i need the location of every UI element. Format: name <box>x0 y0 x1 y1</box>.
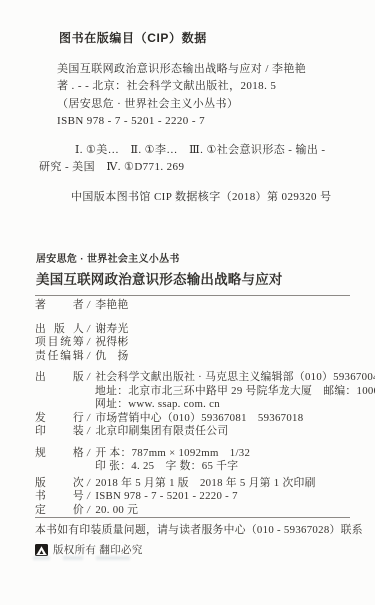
credit-sub-website: 网址：www. ssap. com. cn <box>95 398 357 412</box>
cip-description-line: 美国互联网政治意识形态输出战略与应对 / 李艳艳 <box>57 61 357 79</box>
credit-row-printing: 印装/北京印刷集团有限责任公司 <box>35 425 357 439</box>
credit-row-isbn: 书号/ISBN 978 - 7 - 5201 - 2220 - 7 <box>35 490 357 504</box>
anti-piracy-mountain-logo-icon <box>35 544 48 556</box>
footer: 本书如有印装质量问题，请与读者服务中心（010 - 59367028）联系 版权… <box>35 517 350 557</box>
credit-row-edition: 版次/2018 年 5 月第 1 版 2018 年 5 月第 1 次印刷 <box>35 477 357 491</box>
credit-value: 开 本：787mm × 1092mm 1/32 <box>95 447 250 459</box>
book-title: 美国互联网政治意识形态输出战略与应对 <box>36 270 350 289</box>
credit-label: 项目统筹 <box>35 336 84 350</box>
credit-row-responsible-editor: 责任编辑/仇 扬 <box>35 350 357 364</box>
scan-artifact <box>33 556 50 560</box>
credit-value: 祝得彬 <box>95 336 128 348</box>
series-title: 居安思危 · 世界社会主义小丛书 <box>36 253 350 267</box>
cip-classification: Ⅰ. ①美… Ⅱ. ①李… Ⅲ. ①社会意识形态 - 输出 - 研究 - 美国 … <box>39 142 357 177</box>
separator-slash: / <box>86 425 91 439</box>
divider-line <box>35 295 350 296</box>
copyright-line: 版权所有 翻印必究 <box>35 542 350 557</box>
credit-value: ISBN 978 - 7 - 5201 - 2220 - 7 <box>95 490 237 502</box>
separator-slash: / <box>86 477 91 491</box>
separator-slash: / <box>86 323 91 337</box>
credit-value: 市场营销中心（010）59367081 59367018 <box>95 412 303 424</box>
separator-slash: / <box>86 412 91 426</box>
cip-description-line: 著 . - - 北京：社会科学文献出版社，2018. 5 <box>57 78 357 96</box>
credit-value: 李艳艳 <box>95 299 128 311</box>
separator-slash: / <box>86 447 91 461</box>
credit-value: 仇 扬 <box>95 350 128 362</box>
credit-value: 谢寿光 <box>95 323 128 335</box>
credit-row-format: 规格/开 本：787mm × 1092mm 1/32 <box>35 447 357 461</box>
credit-row-publisher: 出版/社会科学文献出版社 · 马克思主义编辑部（010）59367004 <box>35 371 357 385</box>
credit-value: 2018 年 5 月第 1 版 2018 年 5 月第 1 次印刷 <box>95 477 315 489</box>
credit-row-author: 著者/李艳艳 <box>35 299 357 313</box>
cip-description-line: ISBN 978 - 7 - 5201 - 2220 - 7 <box>57 113 357 131</box>
credit-label: 发行 <box>35 412 84 426</box>
credit-row-distribution: 发行/市场营销中心（010）59367081 59367018 <box>35 412 357 426</box>
credit-sub-sheets: 印 张：4. 25 字 数：65 千字 <box>95 460 357 474</box>
cip-block: 图书在版编目（CIP）数据 美国互联网政治意识形态输出战略与应对 / 李艳艳 著… <box>57 30 357 206</box>
credit-row-publisher-person: 出版人/谢寿光 <box>35 323 357 337</box>
separator-slash: / <box>86 504 91 518</box>
credit-value: 社会科学文献出版社 · 马克思主义编辑部（010）59367004 <box>95 371 375 383</box>
cip-classification-line: Ⅰ. ①美… Ⅱ. ①李… Ⅲ. ①社会意识形态 - 输出 - <box>39 142 357 160</box>
quality-notice: 本书如有印装质量问题，请与读者服务中心（010 - 59367028）联系 <box>35 523 350 537</box>
credit-label: 书号 <box>35 490 84 504</box>
separator-slash: / <box>86 490 91 504</box>
copyright-text: 版权所有 翻印必究 <box>53 542 143 557</box>
credit-label: 责任编辑 <box>35 350 84 364</box>
separator-slash: / <box>86 299 91 313</box>
credit-value: 北京印刷集团有限责任公司 <box>95 425 228 437</box>
credit-value: 20. 00 元 <box>95 504 138 516</box>
separator-slash: / <box>86 371 91 385</box>
scan-artifact <box>96 556 130 560</box>
cip-heading: 图书在版编目（CIP）数据 <box>59 30 357 48</box>
separator-slash: / <box>86 350 91 364</box>
cip-record-number: 中国版本图书馆 CIP 数据核字（2018）第 029320 号 <box>71 189 357 207</box>
credit-label: 规格 <box>35 447 84 461</box>
credit-sub-address: 地址：北京市北三环中路甲 29 号院华龙大厦 邮编：100029 <box>95 385 357 399</box>
cip-description: 美国互联网政治意识形态输出战略与应对 / 李艳艳 著 . - - 北京：社会科学… <box>57 61 357 131</box>
credit-label: 出版 <box>35 371 84 385</box>
book-copyright-page: 图书在版编目（CIP）数据 美国互联网政治意识形态输出战略与应对 / 李艳艳 著… <box>0 0 375 605</box>
cip-classification-line: 研究 - 美国 Ⅳ. ①D771. 269 <box>39 159 357 177</box>
imprint-credits: 著者/李艳艳 出版人/谢寿光 项目统筹/祝得彬 责任编辑/仇 扬 出版/社会科学… <box>35 299 357 517</box>
credit-label: 印装 <box>35 425 84 439</box>
title-block: 居安思危 · 世界社会主义小丛书 美国互联网政治意识形态输出战略与应对 <box>36 253 350 289</box>
cip-description-line: （居安思危 · 世界社会主义小丛书） <box>57 96 357 114</box>
separator-slash: / <box>86 336 91 350</box>
credit-label: 版次 <box>35 477 84 491</box>
credit-row-price: 定价/20. 00 元 <box>35 504 357 518</box>
credit-label: 定价 <box>35 504 84 518</box>
scan-artifact <box>63 556 83 560</box>
credit-row-project-coordinator: 项目统筹/祝得彬 <box>35 336 357 350</box>
credit-label: 出版人 <box>35 323 84 337</box>
credit-label: 著者 <box>35 299 84 313</box>
